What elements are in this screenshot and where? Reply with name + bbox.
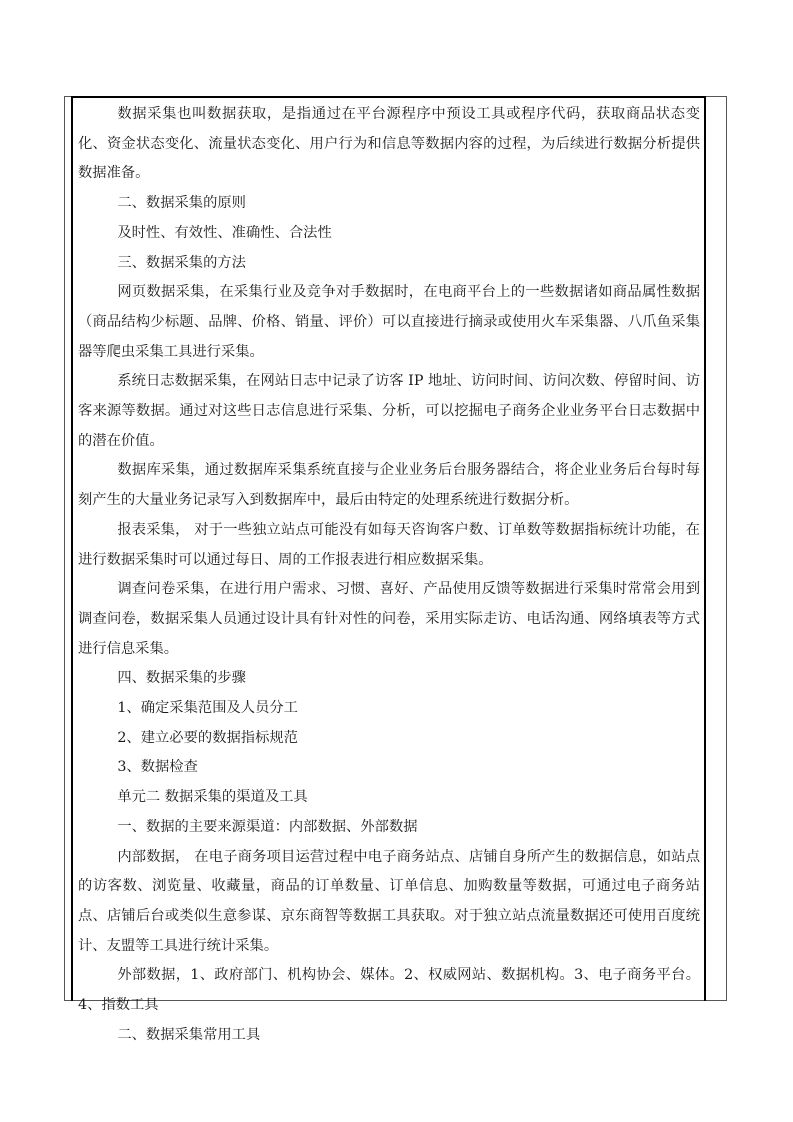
paragraph-database-collection: 数据库采集，通过数据库采集系统直接与企业业务后台服务器结合，将企业业务后台每时每… — [78, 456, 700, 515]
paragraph-survey-collection: 调查问卷采集，在进行用户需求、习惯、喜好、产品使用反馈等数据进行采集时常常会用到… — [78, 575, 700, 664]
paragraph-external-data: 外部数据，1、政府部门、机构协会、媒体。2、权威网站、数据机构。3、电子商务平台… — [78, 961, 700, 1020]
paragraph-web-collection: 网页数据采集，在采集行业及竞争对手数据时，在电商平台上的一些数据诸如商品属性数据… — [78, 278, 700, 367]
heading-data-sources: 一、数据的主要来源渠道：内部数据、外部数据 — [78, 813, 700, 843]
document-body: 数据采集也叫数据获取，是指通过在平台源程序中预设工具或程序代码，获取商品状态变化… — [78, 100, 700, 1051]
heading-steps: 四、数据采集的步骤 — [78, 664, 700, 694]
step-item-1: 1、确定采集范围及人员分工 — [78, 694, 700, 724]
heading-methods: 三、数据采集的方法 — [78, 249, 700, 279]
heading-unit-2: 单元二 数据采集的渠道及工具 — [78, 783, 700, 813]
paragraph-definition: 数据采集也叫数据获取，是指通过在平台源程序中预设工具或程序代码，获取商品状态变化… — [78, 100, 700, 189]
step-item-2: 2、建立必要的数据指标规范 — [78, 724, 700, 754]
paragraph-internal-data: 内部数据， 在电子商务项目运营过程中电子商务站点、店铺自身所产生的数据信息，如站… — [78, 843, 700, 962]
paragraph-principles: 及时性、有效性、准确性、合法性 — [78, 219, 700, 249]
paragraph-report-collection: 报表采集， 对于一些独立站点可能没有如每天咨询客户数、订单数等数据指标统计功能，… — [78, 516, 700, 575]
heading-principles: 二、数据采集的原则 — [78, 189, 700, 219]
heading-common-tools: 二、数据采集常用工具 — [78, 1021, 700, 1051]
step-item-3: 3、数据检查 — [78, 753, 700, 783]
paragraph-log-collection: 系统日志数据采集，在网站日志中记录了访客 IP 地址、访问时间、访问次数、停留时… — [78, 367, 700, 456]
